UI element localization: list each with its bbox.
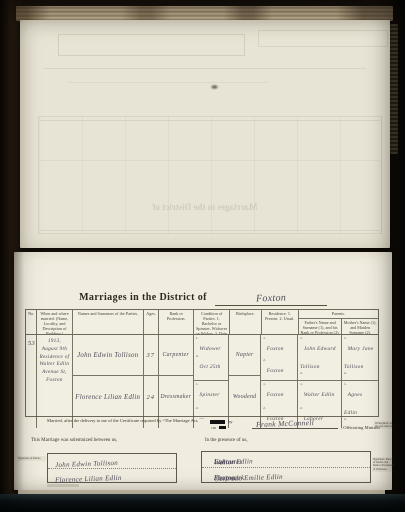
col-header-names: Names and Surnames of the Parties. bbox=[73, 310, 145, 334]
when-where-line: Avenue St, bbox=[37, 369, 71, 377]
book-bottom-edge bbox=[0, 494, 405, 512]
when-where-line: 1913, bbox=[37, 338, 71, 346]
col-condition: 1.Widower 2.Oct 25th 1910 1.Spinster 2.— bbox=[194, 335, 229, 428]
col-header-when-where: When and where married. (Name, Locality,… bbox=[37, 310, 72, 334]
form-title-row: Marriages in the District ofFoxton bbox=[14, 287, 392, 306]
groom-signature: John Edwin Tollison bbox=[55, 459, 118, 469]
table-header-row: No. When and where married. (Name, Local… bbox=[26, 310, 378, 335]
showthrough-line bbox=[44, 68, 366, 69]
col-header-father: Father's Name and Surname (1), and his R… bbox=[299, 319, 342, 334]
bride-signature-slot: Florence Lilian Edlin bbox=[48, 469, 176, 483]
minister-signature-line: Frank McConnell bbox=[252, 415, 338, 429]
col-mother: 1.Mary Jane Tollison 2.Joseph 1.Agnes Ed… bbox=[342, 335, 378, 428]
when-where-line: Residence of bbox=[37, 354, 71, 362]
witness-signature-box: Walter Edlin Foxton Labourer Gertrude Em… bbox=[201, 451, 371, 483]
verso-page: Marriages in the District of bbox=[20, 20, 390, 248]
cell-groom-birthplace: Napier bbox=[229, 335, 260, 375]
minister-signature: Frank McConnell bbox=[256, 418, 314, 429]
bride-signature: Florence Lilian Edlin bbox=[55, 474, 122, 484]
col-header-condition: Condition of Parties. 1. Bachelor or Spi… bbox=[194, 310, 229, 334]
cell-groom-name: John Edwin Tollison bbox=[73, 335, 143, 375]
showthrough-table-grid bbox=[38, 116, 382, 234]
parties-signature-box: John Edwin Tollison Florence Lilian Edli… bbox=[47, 453, 177, 483]
col-header-residence: Residence. 1. Present. 2. Usual. bbox=[262, 310, 299, 334]
col-header-mother: Mother's Name (1), and Maiden Surname (2… bbox=[342, 319, 378, 334]
col-rank: Carpenter Dressmaker bbox=[159, 335, 194, 428]
witness-side-note: Signatures, Place of Abode, and Rank or … bbox=[372, 457, 395, 472]
groom-signature-slot: John Edwin Tollison bbox=[48, 454, 176, 469]
cell-groom-father: 1.John Edward Tollison 2.Cook bbox=[298, 335, 341, 380]
witness-slot-1: Walter Edlin Foxton Labourer bbox=[202, 452, 370, 468]
district-handwritten: Foxton bbox=[256, 292, 287, 304]
cell-entry-no: 53 bbox=[26, 335, 37, 428]
when-where-line: Walter Edlin bbox=[37, 361, 71, 369]
showthrough-title: Marriages in the District of bbox=[20, 202, 390, 212]
col-header-parents: Parents. Father's Name and Surname (1), … bbox=[299, 310, 378, 334]
page-stack-edge bbox=[16, 6, 393, 21]
parties-side-note: Signatures of Parties. bbox=[17, 456, 46, 461]
showthrough-box bbox=[58, 34, 245, 56]
cell-when-where: 1913, August 9th Residence of Walter Edl… bbox=[37, 335, 72, 428]
district-underline: Foxton bbox=[215, 287, 327, 306]
col-names: John Edwin Tollison Florence Lilian Edli… bbox=[73, 335, 144, 428]
showthrough-line bbox=[68, 82, 268, 83]
ink-smudge bbox=[210, 84, 219, 90]
recto-page: Marriages in the District ofFoxton No. W… bbox=[14, 252, 392, 490]
book-photo: Marriages in the District of Marriages i… bbox=[0, 0, 405, 512]
solemnized-label: This Marriage was solemnized between us, bbox=[31, 438, 117, 443]
marriage-register-table: No. When and where married. (Name, Local… bbox=[25, 309, 379, 417]
page-title: Marriages in the District of bbox=[79, 292, 207, 303]
redaction-bar bbox=[210, 420, 225, 424]
when-where-line: Foxton bbox=[37, 377, 71, 385]
parents-subheaders: Father's Name and Surname (1), and his R… bbox=[299, 319, 378, 334]
certification-by: by bbox=[228, 419, 233, 424]
cell-bride-birthplace: Woodend bbox=[229, 375, 260, 418]
col-header-birthplace: Birthplace. bbox=[230, 310, 262, 334]
cell-groom-condition: 1.Widower 2.Oct 25th 1910 bbox=[194, 335, 228, 380]
page-fore-edge bbox=[390, 24, 398, 154]
witness-slot-2: Gertrude Emilie Edlin Foxton Shopwork bbox=[202, 468, 370, 483]
cell-groom-residence: 1.Foxton 2.Foxton bbox=[261, 335, 297, 380]
when-where-line: August 9th bbox=[37, 346, 71, 354]
cell-groom-rank: Carpenter bbox=[159, 335, 193, 375]
redaction-bar-small bbox=[219, 426, 226, 429]
col-header-no: No. bbox=[26, 310, 37, 334]
witness-rank: Shopwork bbox=[214, 474, 244, 482]
faint-print-smudge bbox=[47, 484, 79, 487]
cell-groom-age: 37 bbox=[144, 335, 158, 375]
minister-footnote: Or Registrar, as the case may be. bbox=[374, 421, 396, 429]
cell-groom-mother: 1.Mary Jane Tollison 2.Joseph bbox=[342, 335, 378, 380]
witnesses-label: In the presence of us, bbox=[205, 438, 248, 443]
col-header-ages: Ages. bbox=[144, 310, 159, 334]
showthrough-box bbox=[258, 30, 388, 47]
cell-bride-rank: Dressmaker bbox=[159, 375, 193, 418]
act-year-partial: 190 bbox=[211, 426, 216, 430]
witness-rank: Labourer bbox=[214, 458, 243, 466]
cell-bride-name: Florence Lilian Edlin bbox=[73, 375, 143, 418]
certification-statement: Married, after the delivery to me of the… bbox=[47, 418, 209, 424]
cell-bride-mother: 1.Agnes Edlin 2.Stevenson bbox=[342, 380, 378, 428]
cell-bride-age: 24 bbox=[144, 375, 158, 418]
col-ages: 37 24 bbox=[144, 335, 159, 428]
col-header-rank: Rank or Profession. bbox=[159, 310, 194, 334]
